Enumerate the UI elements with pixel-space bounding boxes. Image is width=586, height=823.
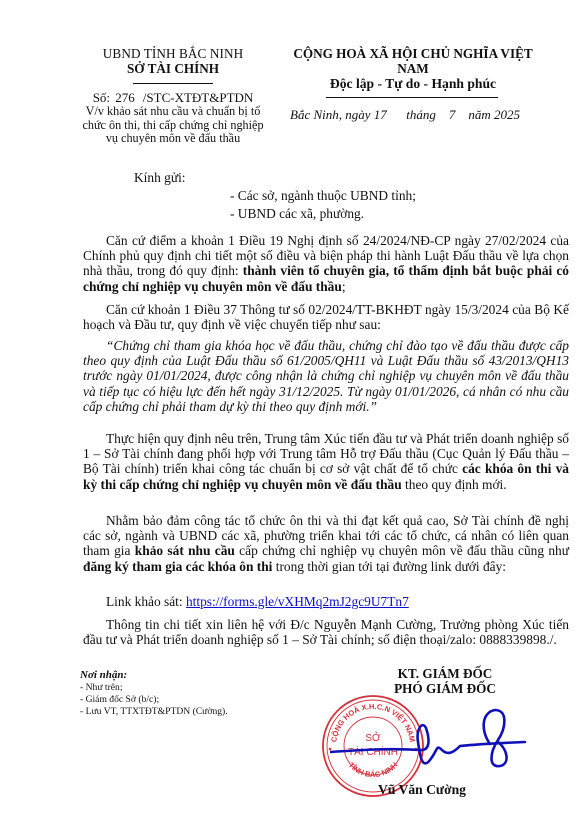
document-subject: V/v khảo sát nhu cầu và chuẩn bị tổ chức… [78, 105, 268, 146]
doc-number-label: Số: [93, 90, 110, 105]
parent-organization: UBND TỈNH BẮC NINH [78, 46, 268, 61]
salutation-label: Kính gửi: [134, 170, 186, 186]
issuing-organization: SỞ TÀI CHÍNH [78, 61, 268, 76]
issue-date: Bắc Ninh, ngày 17 tháng 7 năm 2025 [290, 107, 568, 123]
recipient-line: - Các sở, ngành thuộc UBND tỉnh; [230, 188, 416, 204]
survey-link-line: Link khảo sát: https://forms.gle/vXHMq2m… [83, 594, 569, 609]
document-number: Số: 276/STC-XTĐT&PTDN [78, 90, 268, 105]
signature-title-1: KT. GIÁM ĐỐC [370, 666, 520, 681]
signer-name: Vũ Văn Cường [378, 782, 466, 798]
paragraph-legal-basis-2: Căn cứ khoản 1 Điều 37 Thông tư số 02/20… [83, 302, 569, 332]
motto-divider [326, 97, 498, 98]
national-motto: Độc lập - Tự do - Hạnh phúc [278, 76, 548, 92]
survey-link[interactable]: https://forms.gle/vXHMq2mJ2gc9U7Tn7 [186, 594, 409, 609]
national-header: CỘNG HOÀ XÃ HỘI CHỦ NGHĨA VIỆT NAM Độc l… [278, 46, 568, 123]
signature-block: KT. GIÁM ĐỐC PHÓ GIÁM ĐỐC [370, 666, 520, 696]
handwritten-signature-icon [330, 700, 560, 780]
recipients-block: Nơi nhận: - Như trên; - Giám đốc Sở (b/c… [80, 669, 228, 718]
paragraph-implementation: Thực hiện quy định nêu trên, Trung tâm X… [83, 431, 569, 492]
paragraph-legal-basis-1: Căn cứ điểm a khoản 1 Điều 19 Nghị định … [83, 233, 569, 294]
paragraph-contact: Thông tin chi tiết xin liên hệ với Đ/c N… [83, 617, 569, 647]
paragraph-quote: “Chứng chỉ tham gia khóa học về đấu thầu… [83, 338, 569, 414]
doc-number-value: 276 [115, 90, 135, 105]
issuer-header: UBND TỈNH BẮC NINH SỞ TÀI CHÍNH Số: 276/… [78, 46, 268, 146]
paragraph-request: Nhằm bảo đảm công tác tổ chức ôn thi và … [83, 513, 569, 574]
recipients-title: Nơi nhận: [80, 669, 228, 682]
recipient-line: - UBND các xã, phường. [230, 206, 364, 222]
recipients-item: - Lưu VT, TTXTĐT&PTDN (Cường). [80, 706, 228, 718]
recipients-item: - Giám đốc Sở (b/c); [80, 694, 228, 706]
recipients-item: - Như trên; [80, 682, 228, 694]
header-divider [133, 83, 213, 84]
nation-title: CỘNG HOÀ XÃ HỘI CHỦ NGHĨA VIỆT NAM [278, 46, 548, 76]
doc-code: /STC-XTĐT&PTDN [143, 90, 254, 105]
